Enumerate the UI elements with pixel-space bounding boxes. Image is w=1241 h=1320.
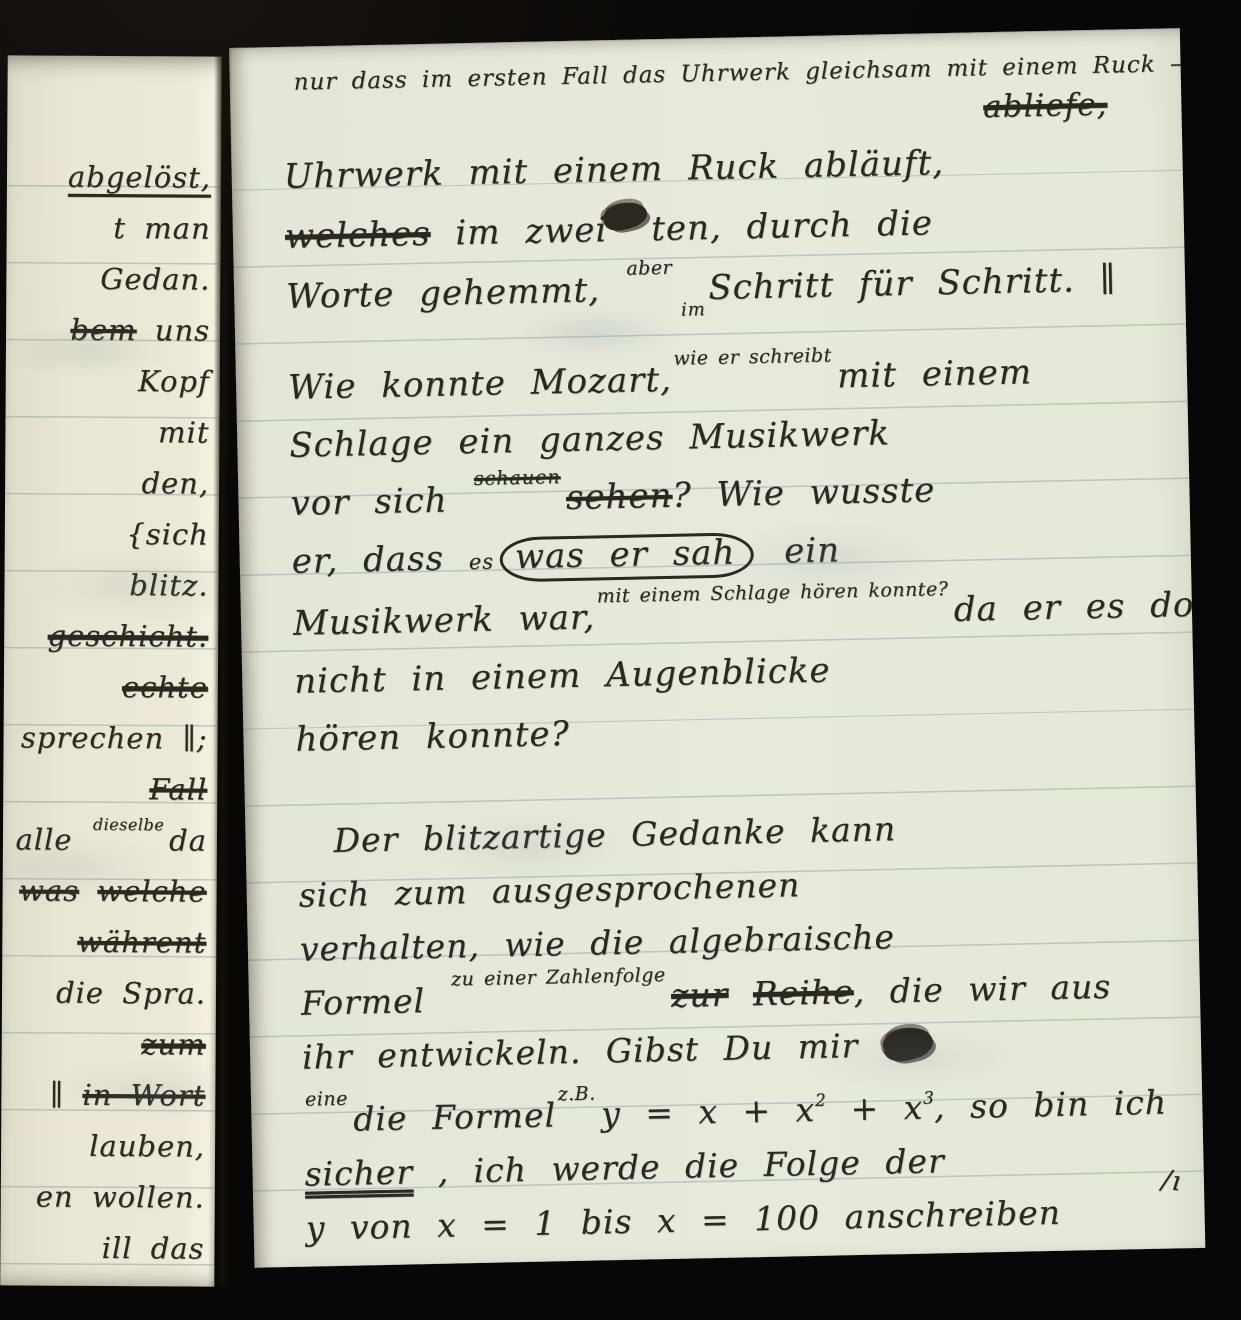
main-handwriting-block: Uhrwerk mit einem Ruck abläuft,welches i… [231, 126, 1205, 1257]
handwritten-text: verhalten, wie die algebraische [299, 917, 895, 968]
handwritten-text: ihr entwickeln. Gibst Du mir [302, 1026, 883, 1077]
handwritten-text [79, 874, 97, 908]
handwritten-text: abgelöst, [68, 160, 211, 195]
left-page-line-fragment: Fall [3, 763, 207, 815]
left-page-line-fragment: en wollen. [1, 1171, 205, 1223]
paragraph: Wie konnte Mozart,wie er schreibtmit ein… [288, 341, 1161, 769]
handwritten-text: geschicht. [48, 619, 209, 654]
left-page-line-fragment: währent [2, 916, 206, 968]
handwritten-text: wie er schreibt [673, 346, 832, 368]
handwritten-text: echte [122, 670, 208, 705]
handwritten-text: dieselbe [93, 817, 164, 833]
handwritten-text: welches [285, 214, 431, 257]
handwritten-text: mit einem Schlage hören konnte? [597, 580, 949, 606]
handwritten-text: vor sich [290, 480, 473, 524]
handwritten-text: die Formel [353, 1095, 557, 1138]
main-page: nur dass im ersten Fall das Uhrwerk glei… [229, 28, 1205, 1268]
left-page-line-fragment: die Spra. [2, 967, 206, 1019]
handwritten-text: nicht in einem Augenblicke [294, 651, 831, 702]
handwritten-text: alle [15, 822, 90, 856]
handwritten-text: Worte gehemmt, [286, 270, 625, 317]
notebook-fold-gutter [214, 40, 232, 1286]
left-page-line-fragment: ill das [0, 1222, 204, 1274]
handwritten-text: bem [70, 313, 136, 347]
left-page-line-fragment: zum [2, 1018, 206, 1070]
handwritten-text [728, 974, 753, 1014]
handwritten-text: z.B. [557, 1085, 595, 1105]
handwritten-text: sehen [566, 476, 673, 518]
handwritten-text: zur [671, 975, 729, 1015]
handwritten-text: Schlage ein ganzes Musikwerk [289, 413, 890, 466]
handwritten-text: es [469, 550, 495, 575]
handwritten-text: hören konnte? [295, 714, 570, 760]
handwritten-text: Gedan. [100, 262, 210, 297]
handwritten-text: uns [137, 313, 211, 347]
handwritten-text: 3 [923, 1088, 934, 1108]
left-page-line-endings: abgelöst,t manGedan.bem unsKopfmitden,{s… [0, 55, 221, 1274]
left-page-line-fragment: den, [5, 457, 209, 509]
handwritten-text: im [681, 301, 706, 320]
manuscript-photo: abgelöst,t manGedan.bem unsKopfmitden,{s… [0, 0, 1241, 1320]
handwritten-text: was er sah [500, 532, 754, 582]
left-page-line-fragment: lauben, [1, 1120, 205, 1172]
left-page-line-fragment: {sich [5, 508, 209, 560]
handwritten-text: währent [77, 925, 206, 960]
handwritten-text: Kopf [138, 364, 210, 398]
handwritten-text: , die wir aus [853, 967, 1111, 1011]
handwritten-text: Wie konnte Mozart, [288, 360, 673, 408]
handwritten-text: schauen [474, 468, 561, 489]
left-page: abgelöst,t manGedan.bem unsKopfmitden,{s… [0, 55, 222, 1286]
handwritten-text: , ich werde die Folge der [413, 1141, 945, 1191]
handwritten-text: mit einem [837, 352, 1033, 396]
handwritten-text: Musikwerk war, [293, 597, 596, 643]
left-page-line-fragment: bem uns [6, 304, 210, 356]
handwritten-text: sprechen ∥; [21, 720, 208, 755]
left-page-line-fragment: ∥ in Wort [1, 1069, 205, 1121]
ink-scribble [880, 1023, 935, 1064]
handwritten-text: y von x = 1 bis x = 100 anschreiben [305, 1193, 1061, 1248]
handwritten-text: sicher [304, 1152, 413, 1193]
handwritten-text: , so bin ich [934, 1083, 1168, 1127]
handwritten-text: da er es doch [953, 584, 1205, 630]
handwritten-text: er, dass [291, 538, 469, 582]
paragraph: Der blitzartige Gedanke kannsich zum aus… [297, 797, 1171, 1256]
left-page-line-fragment: was welche [2, 865, 206, 917]
left-page-line-fragment: t man [7, 202, 211, 254]
left-page-line-fragment: geschicht. [4, 610, 208, 662]
handwritten-text: zum [141, 1027, 206, 1061]
left-page-line-fragment: echte [4, 661, 208, 713]
handwritten-text: im zwei [430, 210, 608, 254]
left-page-line-fragment: sprechen ∥; [3, 712, 207, 764]
handwritten-text: aber [626, 259, 672, 279]
handwritten-text: was [19, 873, 79, 907]
handwritten-text: {sich [126, 517, 209, 552]
handwritten-text: da [169, 823, 207, 857]
handwritten-text: Uhrwerk mit einem Ruck abläuft, [283, 143, 944, 197]
ink-scribble [601, 198, 650, 233]
left-page-line-fragment: Gedan. [6, 253, 210, 305]
left-page-line-fragment: blitz. [4, 559, 208, 611]
handwritten-text: + x [826, 1088, 924, 1129]
left-page-line-fragment: abgelöst, [7, 151, 211, 203]
handwritten-text: t man [113, 211, 211, 246]
handwritten-text: en wollen. [36, 1180, 205, 1215]
handwritten-text: Schritt für Schritt. ∥ [708, 259, 1117, 308]
handwritten-text: ill das [102, 1231, 205, 1266]
left-page-line-fragment: mit [5, 406, 209, 458]
handwritten-text: den, [141, 466, 209, 500]
handwritten-text: Fall [149, 772, 207, 806]
handwritten-text: ? Wie wusste [672, 470, 936, 515]
corner-pen-mark: ∕ı [1160, 1164, 1183, 1197]
handwritten-text: ein [759, 530, 841, 572]
handwritten-text: zu einer Zahlenfolge [451, 966, 666, 989]
left-page-line-fragment: alle dieselbeda [3, 814, 207, 866]
handwritten-text: in Wort [82, 1078, 205, 1113]
handwritten-text: blitz. [129, 568, 208, 602]
handwritten-text: Reihe [753, 972, 855, 1013]
handwritten-text: lauben, [89, 1129, 205, 1164]
handwritten-text: die Spra. [56, 976, 206, 1011]
handwritten-text: mit [158, 415, 210, 449]
handwritten-text: ∥ [50, 1078, 83, 1112]
handwritten-text: eine [305, 1090, 348, 1110]
handwritten-text: y = x + x [601, 1090, 816, 1133]
handwritten-text: abliefe, [983, 87, 1108, 126]
paragraph: Uhrwerk mit einem Ruck abläuft,welches i… [283, 129, 1152, 327]
handwritten-text: 2 [815, 1091, 826, 1111]
handwritten-text: welche [97, 874, 207, 909]
handwritten-text: sich zum ausgesprochenen [298, 865, 800, 914]
handwritten-text: Der blitzartige Gedanke kann [333, 809, 896, 860]
handwritten-text: Formel [301, 981, 450, 1023]
left-page-line-fragment: Kopf [6, 355, 210, 407]
handwritten-text: ten, durch die [651, 203, 933, 249]
